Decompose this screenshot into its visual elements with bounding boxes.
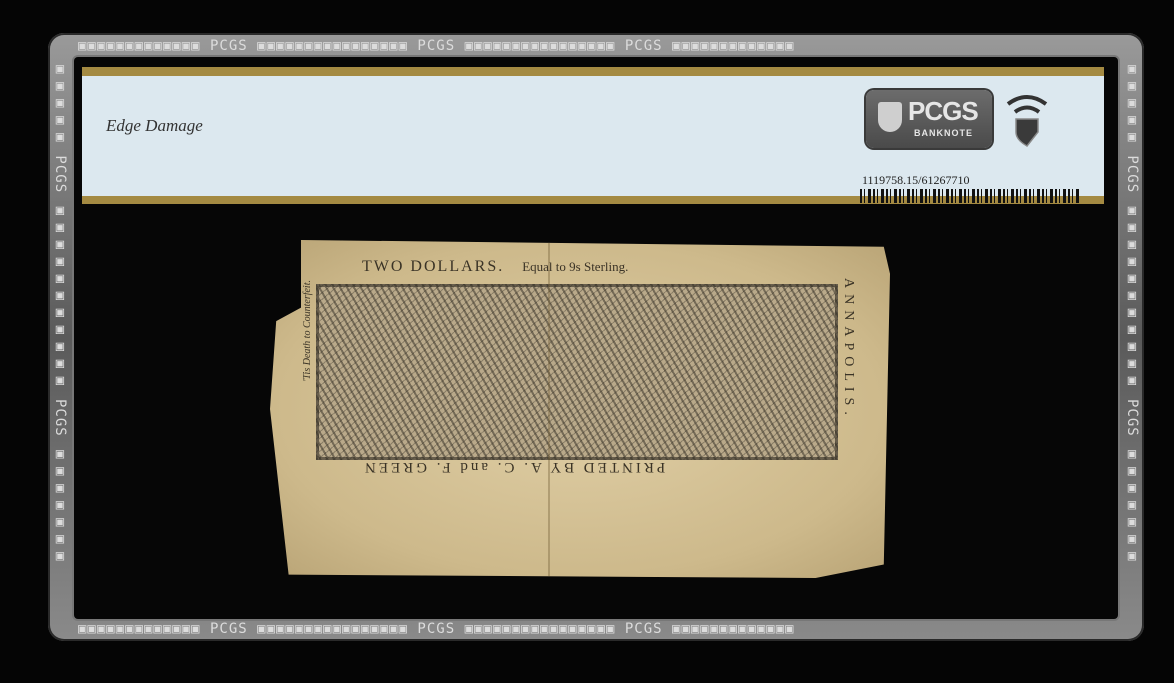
logo-word: PCGS (908, 96, 978, 127)
side-left-text: 'Tis Death to Counterfeit. (302, 280, 313, 382)
pcgs-logo: PCGS BANKNOTE (866, 90, 992, 148)
barcode (860, 189, 1080, 203)
printer-line: PRINTED BY A. C. and F. GREEN (362, 458, 665, 475)
holder-border-top: ▣▣▣▣▣▣▣▣▣▣▣▣▣ PCGS ▣▣▣▣▣▣▣▣▣▣▣▣▣▣▣▣ PCGS… (78, 37, 1114, 55)
holder-border-right: ▣▣▣▣▣ PCGS ▣▣▣▣▣▣▣▣▣▣▣ PCGS ▣▣▣▣▣▣▣ (1123, 61, 1141, 613)
cert-number: 1119758.15/61267710 (862, 173, 969, 188)
denomination-text: TWO DOLLARS. Equal to 9s Sterling. (362, 258, 628, 276)
nfc-shield-icon (1004, 92, 1050, 148)
denomination-line: TWO DOLLARS. (362, 258, 504, 275)
logo-sub: BANKNOTE (914, 128, 973, 138)
grading-label: Edge Damage PCGS BANKNOTE 1119758.15/612… (82, 67, 1104, 204)
equal-line: Equal to 9s Sterling. (522, 259, 628, 274)
holder-border-left: ▣▣▣▣▣ PCGS ▣▣▣▣▣▣▣▣▣▣▣ PCGS ▣▣▣▣▣▣▣ (51, 61, 69, 613)
holder-border-bottom: ▣▣▣▣▣▣▣▣▣▣▣▣▣ PCGS ▣▣▣▣▣▣▣▣▣▣▣▣▣▣▣▣ PCGS… (78, 620, 1114, 638)
nature-print-engraving (316, 284, 838, 460)
banknote: TWO DOLLARS. Equal to 9s Sterling. PRINT… (270, 240, 890, 578)
fold-line (548, 240, 550, 578)
grade-note: Edge Damage (106, 116, 203, 136)
shield-icon (878, 102, 902, 132)
side-right-text: ANNAPOLIS. (840, 278, 856, 421)
